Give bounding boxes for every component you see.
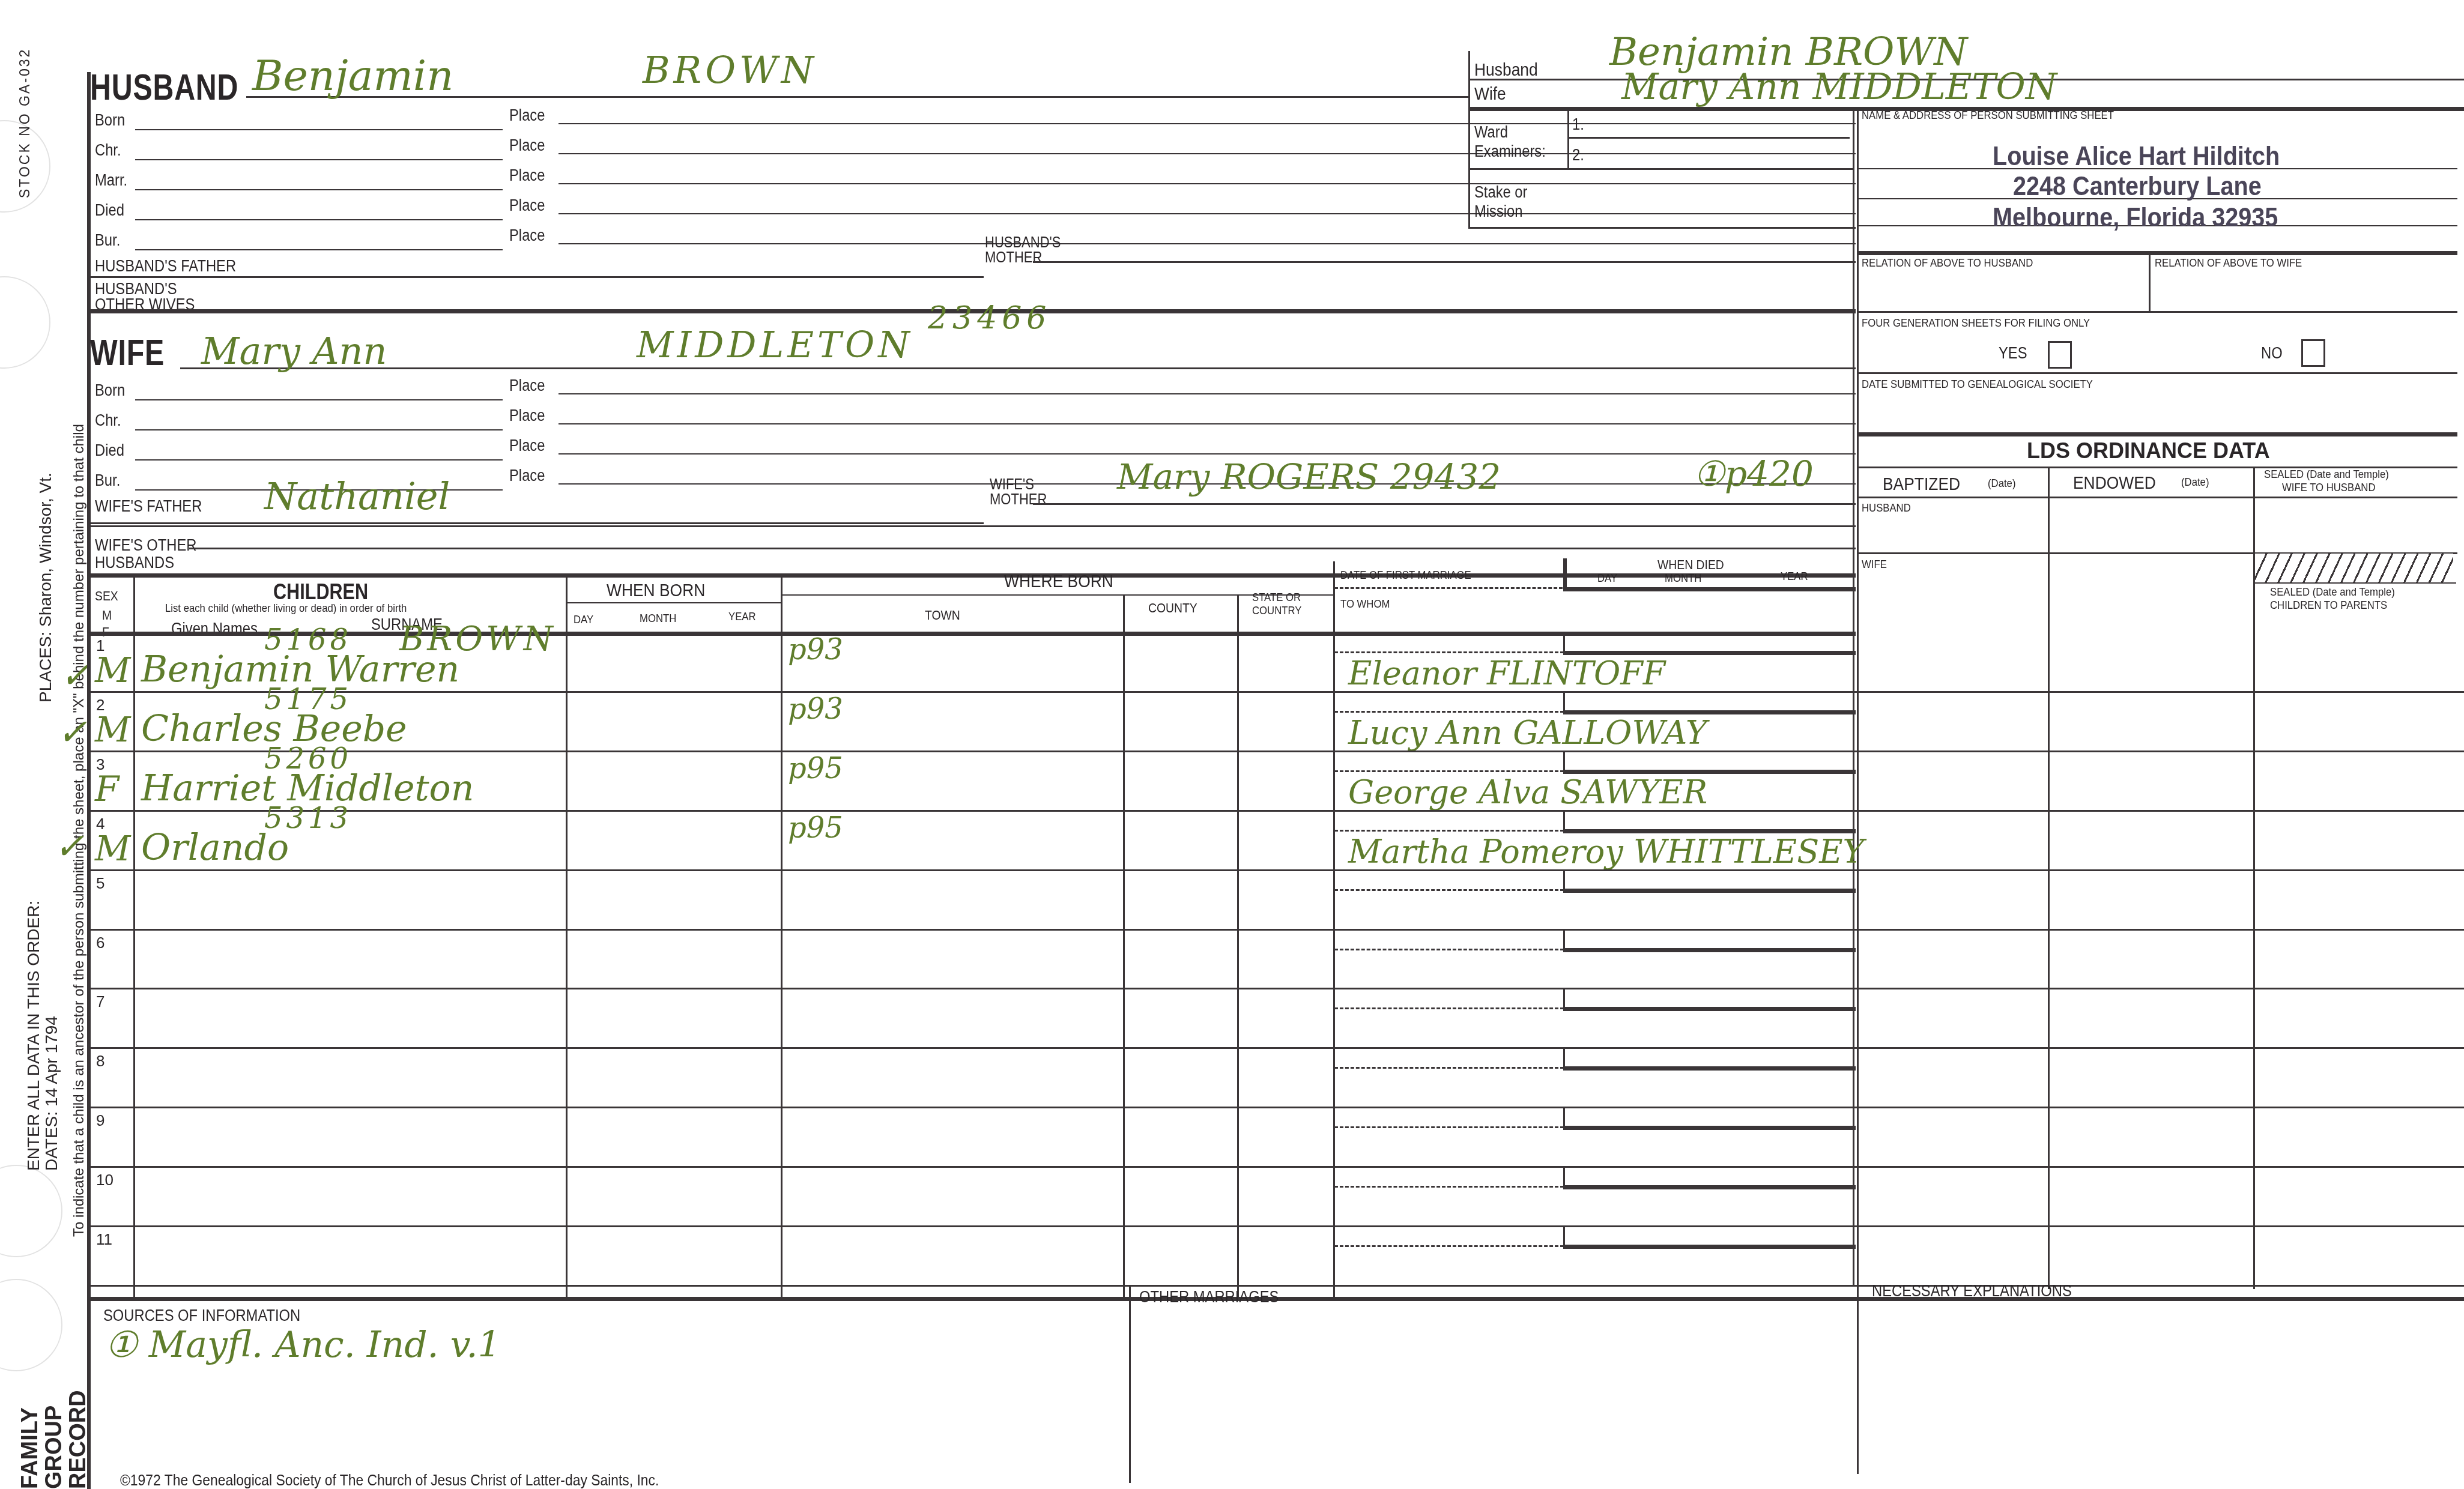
row-divider [89,988,2464,989]
died-year-label: YEAR [1781,570,1808,584]
binder-hole [0,1165,62,1257]
other-marriages-label: OTHER MARRIAGES [1139,1288,1279,1306]
born-month-label: MONTH [640,612,676,626]
husband-father-label: HUSBAND'S FATHER [95,257,236,276]
endowed-date-note: (Date) [2181,476,2209,489]
husband-mother-label: MOTHER [985,249,1042,267]
to-whom-label: TO WHOM [1340,598,1390,611]
instruction-places: PLACES: Sharon, Windsor, Vt. [36,473,55,702]
town-label: TOWN [925,608,960,623]
children-title: CHILDREN [273,579,368,605]
sex-label: SEX [95,588,118,604]
when-died-label: WHEN DIED [1657,557,1724,573]
no-checkbox[interactable] [2301,339,2325,367]
husband-surname[interactable]: BROWN [643,48,817,92]
wife-id-number[interactable]: 23466 [928,300,1051,336]
summary-box-left [1468,51,1470,228]
marriage-date-dash [1334,1007,1564,1009]
child-spouse[interactable]: Eleanor FLINTOFF [1348,654,1665,692]
died-box-bottom [1563,1185,1856,1189]
endowed-label: ENDOWED [2073,473,2156,494]
form-title-line: RECORD [66,1390,90,1489]
stock-number: STOCK NO GA-032 [17,48,33,198]
relation-line [1857,311,2457,313]
wife-mother-ref[interactable]: ①p420 [1694,453,1814,494]
died-month-label: MONTH [1665,572,1701,585]
wife-name-line [180,367,1856,369]
wife-other-husbands-line [189,548,1856,549]
died-box-bottom [1563,889,1856,893]
four-gen-line [1857,372,2457,374]
explanations-label: NECESSARY EXPLANATIONS [1872,1282,2072,1300]
husband-event-date-field[interactable] [135,159,503,160]
marriage-date-dash [1334,711,1564,713]
sources-value[interactable]: ① Mayfl. Anc. Ind. v.1 [105,1324,501,1366]
husband-event-label: Bur. [95,231,120,250]
died-box-left [1563,632,1565,653]
when-born-label: WHEN BORN [607,581,705,601]
row-divider [89,1225,2464,1227]
marriage-date-dash [1334,1245,1564,1247]
right-column-border [1857,108,1859,1285]
sealed-hatch-area [2255,554,2453,582]
col-divider-town [1123,594,1125,1297]
examiner-2[interactable]: 2. [1572,146,1584,165]
child-sex[interactable]: M [95,709,130,750]
wife-event-label: Bur. [95,471,120,490]
wife-father-line [89,522,984,524]
form-title-line: GROUP [42,1390,66,1489]
when-died-box-left [1563,558,1567,588]
ordinance-wife-row: WIFE [1862,558,1887,572]
children-header-bottom [89,632,1856,636]
husband-event-label: Born [95,111,125,130]
died-box-bottom [1563,1245,1856,1249]
explanations-divider [1857,1282,1859,1474]
binder-hole [0,1279,62,1371]
child-number: 6 [96,934,104,952]
ancestor-check-mark: ✓ [54,826,84,868]
child-number: 11 [96,1230,112,1249]
died-box-left [1563,929,1565,950]
row-divider [89,751,2464,752]
col-divider-county [1237,594,1239,1297]
husband-father-line [89,276,984,278]
sources-label: SOURCES OF INFORMATION [103,1306,300,1325]
ward-label: Examiners: [1474,142,1546,161]
four-gen-label: FOUR GENERATION SHEETS FOR FILING ONLY [1862,317,2090,330]
wife-other-husbands-label: HUSBANDS [95,554,174,572]
child-number: 8 [96,1052,104,1071]
husband-event-label: Died [95,201,124,220]
row-divider [89,929,2464,931]
stake-label: Mission [1474,202,1523,221]
marriage-date-dash [1334,1126,1564,1128]
marriage-date-dash [1334,1186,1564,1188]
husband-place-label: Place [509,196,545,215]
row-divider [89,1166,2464,1168]
wife-event-place-field[interactable] [558,453,1856,455]
ordinance-line [1857,497,2457,498]
county-label: COUNTY [1148,600,1197,616]
stake-line [1468,227,1856,229]
row-divider [89,691,2464,693]
examiner-1[interactable]: 1. [1572,115,1584,134]
instruction-enter-order: ENTER ALL DATA IN THIS ORDER: [24,901,43,1171]
wife-place-label: Place [509,436,545,455]
marriage-date-dash [1334,651,1564,653]
form-title: FAMILY GROUP RECORD [18,1390,90,1489]
where-born-label: WHERE BORN [1004,572,1113,592]
died-box-bottom [1563,1007,1856,1011]
no-label: NO [2261,344,2283,363]
relation-wife-label: RELATION OF ABOVE TO WIFE [2155,257,2302,270]
husband-event-date-field[interactable] [135,249,503,250]
copyright: ©1972 The Genealogical Society of The Ch… [120,1471,659,1489]
died-box-left [1563,1166,1565,1187]
wife-event-label: Born [95,381,125,400]
wife-mother-value[interactable]: Mary ROGERS 29432 [1117,456,1501,497]
row-divider [89,1285,2464,1287]
child-sex[interactable]: M [95,650,130,690]
died-box-left [1563,1107,1565,1128]
marriage-date-dash [1334,889,1564,891]
died-box-left [1563,1225,1565,1246]
examiner-line [1468,168,1853,170]
husband-event-place-field[interactable] [558,153,1856,154]
child-number: 10 [96,1171,114,1189]
husband-event-place-field[interactable] [558,123,1856,124]
child-sex[interactable]: M [95,828,130,869]
state-label: COUNTRY [1252,605,1301,618]
marriage-date-dash [1334,770,1564,772]
wife-event-label: Died [95,441,124,460]
child-spouse[interactable]: Martha Pomeroy WHITTLESEY [1348,833,1864,871]
husband-event-date-field[interactable] [135,189,503,190]
wife-father-value[interactable]: Nathaniel [264,474,450,518]
other-marriages-divider [1129,1285,1131,1483]
submitter-street[interactable]: 2248 Canterbury Lane [2013,172,2262,202]
husband-mother-line [1033,261,1856,263]
submitter-label: NAME & ADDRESS OF PERSON SUBMITTING SHEE… [1862,109,2114,122]
husband-event-place-field[interactable] [558,213,1856,214]
where-born-subline [781,594,1333,596]
summary-husband-label: Husband [1474,60,1538,80]
wife-surname[interactable]: MIDDLETON [637,324,913,366]
wife-place-label: Place [509,376,545,395]
died-box-bottom [1563,1066,1856,1071]
wife-father-label: WIFE'S FATHER [95,497,202,516]
ancestor-check-mark: ✓ [60,654,90,696]
col-divider-sex [133,576,135,1297]
child-number: 7 [96,992,104,1011]
died-box-left [1563,1047,1565,1068]
when-born-subline [568,602,781,603]
wife-given-names[interactable]: Mary Ann [201,329,387,373]
child-birth-town[interactable]: p95 [788,752,843,785]
sealed-wife-label: WIFE TO HUSBAND [2282,482,2375,495]
row-divider [89,1107,2464,1108]
wife-mother-label: MOTHER [990,491,1047,509]
binder-hole [0,276,50,369]
husband-given-names[interactable]: Benjamin [252,51,453,100]
relation-divider [2149,251,2151,311]
wife-place-label: Place [509,467,545,485]
marriage-date-dash [1334,1067,1564,1069]
died-box-bottom [1563,948,1856,952]
born-year-label: YEAR [728,611,756,624]
date-submitted-label: DATE SUBMITTED TO GENEALOGICAL SOCIETY [1862,378,2093,391]
wife-place-label: Place [509,406,545,425]
submitter-city[interactable]: Melbourne, Florida 32935 [1993,203,2278,233]
wife-heading: WIFE [90,331,165,374]
row-divider [89,810,2464,812]
col-divider-name [566,576,568,1297]
wife-event-date-field[interactable] [135,399,503,400]
child-sex[interactable]: F [95,769,119,809]
wife-event-date-field[interactable] [135,429,503,430]
form-title-line: FAMILY [18,1390,42,1489]
husband-place-label: Place [509,106,545,125]
died-box-left [1563,691,1565,712]
child-given-names[interactable]: Orlando [141,827,289,869]
husband-heading: HUSBAND [90,66,238,109]
yes-checkbox[interactable] [2048,341,2072,369]
born-day-label: DAY [574,614,593,627]
submitter-name[interactable]: Louise Alice Hart Hilditch [1993,142,2280,172]
husband-event-label: Chr. [95,141,121,160]
wife-event-place-field[interactable] [558,393,1856,394]
children-top-border [89,573,1856,578]
child-birth-town[interactable]: p93 [788,692,843,726]
child-spouse[interactable]: Lucy Ann GALLOWAY [1348,714,1707,752]
died-box-bottom [1563,1126,1856,1130]
sealed-wife-label: SEALED (Date and Temple) [2264,468,2389,482]
baptized-date-note: (Date) [1988,477,2015,491]
sealed-children-label: CHILDREN TO PARENTS [2270,599,2387,612]
died-box-left [1563,988,1565,1009]
submitter-divider [1857,251,2457,255]
sealed-children-label: SEALED (Date and Temple) [2270,586,2395,599]
wife-mother-line [1033,503,1856,505]
husband-event-date-field[interactable] [135,129,503,130]
examiner-line [1567,137,1850,139]
died-box-left [1563,810,1565,831]
died-box-left [1563,869,1565,890]
summary-wife-value[interactable]: Mary Ann MIDDLETON [1621,66,2057,108]
relation-husband-label: RELATION OF ABOVE TO HUSBAND [1862,257,2033,270]
row-divider [89,869,2464,871]
wife-event-label: Chr. [95,411,121,430]
row-divider [89,1047,2464,1049]
husband-event-label: Marr. [95,171,127,190]
stake-label: Stake or [1474,183,1527,202]
wife-other-husbands-label: WIFE'S OTHER [95,536,197,555]
first-marriage-dash [1334,587,1563,589]
husband-place-label: Place [509,226,545,245]
husband-place-label: Place [509,136,545,155]
when-died-box-bottom [1563,587,1856,591]
husband-event-place-field[interactable] [558,243,1856,244]
right-column-border [1853,108,1854,1285]
died-box-left [1563,751,1565,772]
ward-label: Ward [1474,123,1508,142]
wife-line [89,525,1856,527]
children-note: List each child (whether living or dead)… [165,602,407,615]
husband-event-place-field[interactable] [558,183,1856,184]
child-number: 9 [96,1111,104,1130]
child-birth-town[interactable]: p93 [788,633,843,666]
col-divider-when-born [781,573,782,1297]
ancestor-check-mark: ✓ [57,711,87,754]
child-spouse[interactable]: George Alva SAWYER [1348,773,1707,811]
wife-event-date-field[interactable] [135,459,503,461]
ordinance-husband-row: HUSBAND [1862,502,1911,515]
sex-m-label: M [102,608,112,623]
wife-event-place-field[interactable] [558,423,1856,424]
ordinance-title: LDS ORDINANCE DATA [2027,438,2270,464]
marriage-date-dash [1334,830,1564,832]
date-submitted-line [1857,432,2457,436]
summary-wife-label: Wife [1474,84,1506,104]
child-number: 5 [96,874,104,893]
ordinance-line [2255,582,2456,584]
husband-place-label: Place [509,166,545,185]
first-marriage-label: DATE OF FIRST MARRIAGE [1340,569,1471,582]
yes-label: YES [1999,344,2027,363]
instruction-dates: DATES: 14 Apr 1794 [42,1016,61,1171]
child-birth-town[interactable]: p95 [788,811,843,845]
died-day-label: DAY [1597,572,1617,585]
marriage-date-dash [1334,949,1564,950]
state-label: STATE OR [1252,591,1301,605]
baptized-label: BAPTIZED [1883,474,1960,495]
husband-event-date-field[interactable] [135,219,503,220]
left-border [87,72,91,1489]
